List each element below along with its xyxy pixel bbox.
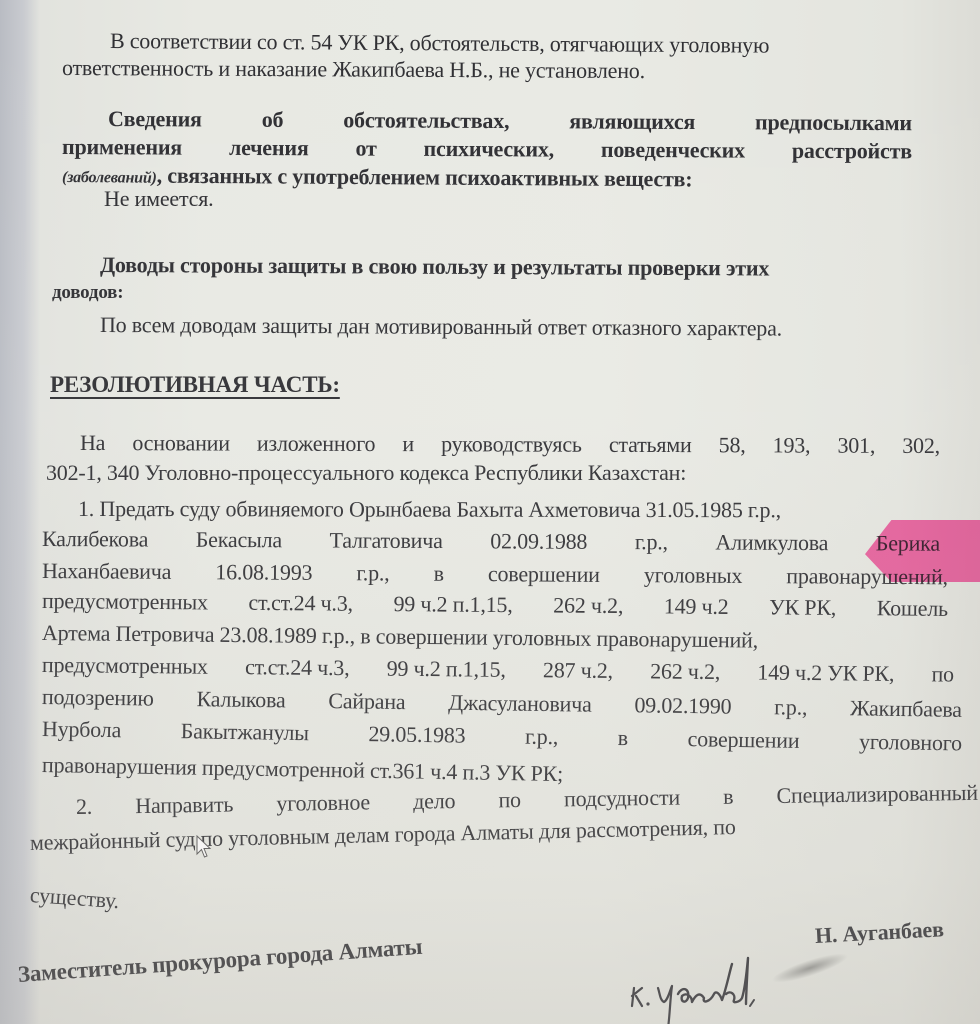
resolution-item-1-word: правонарушения предусмотренной ст.361 ч.…: [42, 752, 563, 786]
resolution-item-1-line-2: КалибековаБекасылаТалгатовича02.09.1988г…: [42, 526, 940, 557]
treatment-heading-word: поведенческих: [601, 137, 745, 164]
resolution-item-1-word: 149 ч.2: [664, 593, 729, 620]
resolution-item-1-word: Алимкулова: [715, 530, 828, 557]
resolution-item-1-word: в: [618, 725, 629, 751]
resolution-item-1-word: уголовного: [859, 729, 962, 757]
resolution-item-2-word: по: [498, 787, 521, 813]
treatment-heading-line-2: применениялеченияотпсихических,поведенче…: [62, 134, 912, 164]
handwritten-signature-icon: [630, 950, 810, 1024]
resolution-item-1-line-8: НурболаБакытжанулы29.05.1983г.р.,всоверш…: [42, 716, 962, 756]
resolution-item-1-word: уголовных: [644, 562, 742, 589]
treatment-heading-word: предпосылками: [755, 109, 912, 136]
resolution-item-2-word: Специализированный: [776, 780, 978, 809]
resolution-item-1-line-3: Наханбаевича16.08.1993г.р.,всовершенииуг…: [42, 558, 948, 590]
resolution-item-1-word: 262 ч.2,: [650, 658, 720, 685]
treatment-heading-word: об: [262, 107, 284, 133]
document-page: В соответствии со ст. 54 УК РК, обстояте…: [0, 0, 980, 1024]
treatment-heading-word: обстоятельствах,: [343, 107, 509, 134]
resolution-heading: РЕЗОЛЮТИВНАЯ ЧАСТЬ:: [50, 372, 340, 398]
treatment-heading-word: расстройств: [792, 138, 912, 165]
signer-position-title: Заместитель прокурора города Алматы: [17, 934, 423, 988]
resolution-item-1-word: Бекасыла: [196, 527, 282, 553]
resolution-item-1-word: 262 ч.2,: [553, 592, 623, 619]
treatment-heading-rest: , связанных с употреблением психоактивны…: [157, 163, 693, 192]
resolution-intro-word: 301,: [837, 433, 875, 459]
resolution-intro-word: На: [80, 430, 105, 456]
treatment-value: Не имеется.: [104, 186, 213, 212]
resolution-item-1-word: Джасулановича: [448, 690, 592, 718]
resolution-intro-line-2: 302-1, 340 Уголовно-процессуального коде…: [46, 460, 686, 486]
resolution-item-1-word: г.р.,: [774, 694, 807, 720]
resolution-item-1-word: Талгатовича: [329, 528, 442, 555]
resolution-item-2-word: в: [723, 784, 734, 810]
resolution-item-1-word: УК РК,: [769, 594, 836, 621]
paragraph-aggravating-line-2: ответственность и наказание Жакипбаева Н…: [62, 55, 645, 84]
resolution-item-1-word: г.р.,: [356, 560, 389, 586]
resolution-intro-word: основании: [132, 430, 230, 456]
mouse-cursor-icon: [196, 835, 212, 859]
treatment-heading-word: Сведения: [108, 106, 202, 132]
resolution-item-1-word: совершении: [687, 726, 799, 754]
resolution-item-1-word: 99 ч.2 п.1,15,: [393, 591, 512, 618]
resolution-item-1-line-1: 1. Предать суду обвиняемого Орынбаева Ба…: [78, 496, 781, 523]
resolution-item-1-word: Кошель: [877, 595, 948, 622]
resolution-item-1-line-4: предусмотренныхст.ст.24 ч.3,99 ч.2 п.1,1…: [42, 588, 948, 622]
resolution-item-1-word: г.р.,: [635, 529, 668, 555]
resolution-item-1-line-5: Артема Петровича 23.08.1989 г.р., в сове…: [42, 620, 758, 653]
treatment-heading-word: от: [355, 136, 376, 162]
resolution-item-1-word: 1. Предать суду обвиняемого Орынбаева Ба…: [78, 496, 781, 522]
resolution-item-1-word: Калибекова: [42, 526, 148, 553]
resolution-item-1-word: Сайрана: [328, 688, 405, 715]
resolution-item-1-word: совершении: [488, 561, 600, 588]
resolution-item-1-word: ст.ст.24 ч.3,: [245, 654, 350, 681]
resolution-intro-word: руководствуясь: [441, 431, 582, 457]
resolution-item-1-word: Нурбола: [42, 716, 122, 743]
resolution-item-1-word: г.р.,: [525, 724, 558, 751]
resolution-item-2-line-2: межрайонный суд по уголовным делам город…: [30, 814, 736, 856]
resolution-item-1-word: Артема Петровича 23.08.1989 г.р., в сове…: [42, 620, 758, 652]
resolution-item-1-word: ст.ст.24 ч.3,: [248, 590, 353, 617]
resolution-item-2-word: Направить: [135, 792, 233, 820]
paragraph-aggravating-line-1: В соответствии со ст. 54 УК РК, обстояте…: [110, 28, 769, 59]
resolution-item-1-word: по: [931, 661, 954, 687]
resolution-intro-word: 302,: [902, 433, 940, 459]
resolution-item-1-word: подозрению: [42, 684, 154, 712]
resolution-item-1-word: в: [434, 561, 444, 587]
signer-name: Н. Ауганбаев: [814, 916, 944, 949]
defense-value: По всем доводам защиты дан мотивированны…: [100, 312, 782, 342]
resolution-item-1-word: Бакытжанулы: [181, 718, 309, 746]
treatment-heading-word: лечения: [229, 135, 309, 161]
treatment-heading-line-1: Сведенияобобстоятельствах,являющихсяпред…: [108, 106, 912, 136]
treatment-heading-word: являющихся: [569, 108, 695, 135]
resolution-item-2-line-3: существу.: [29, 882, 120, 914]
resolution-item-1-line-6: предусмотренныхст.ст.24 ч.3,99 ч.2 п.1,1…: [42, 652, 954, 688]
resolution-item-1-word: 16.08.1993: [215, 559, 312, 586]
resolution-item-1-word: 09.02.1990: [634, 692, 731, 719]
resolution-item-2-word: межрайонный суд по уголовным делам город…: [30, 814, 736, 855]
resolution-item-1-line-7: подозрениюКалыковаСайранаДжасулановича09…: [42, 684, 962, 723]
resolution-intro-word: 58,: [719, 432, 746, 458]
resolution-item-1-word: 149 ч.2 УК РК,: [757, 659, 894, 686]
resolution-item-2-word: уголовное: [276, 789, 370, 816]
resolution-intro-word: и: [402, 431, 414, 457]
resolution-item-1-word: Калыкова: [196, 686, 285, 713]
resolution-item-1-word: 02.09.1988: [490, 528, 587, 555]
defense-heading-line-2: доводов:: [52, 282, 123, 304]
resolution-intro-word: статьями: [609, 432, 692, 458]
resolution-item-2-word: существу.: [29, 882, 120, 913]
resolution-intro-word: 193,: [773, 432, 811, 458]
resolution-intro-word: изложенного: [257, 431, 375, 457]
resolution-item-1-word: 99 ч.2 п.1,15,: [387, 656, 506, 683]
resolution-item-1-word: предусмотренных: [42, 588, 208, 615]
resolution-item-2-word: 2.: [76, 794, 93, 820]
treatment-heading-word: применения: [62, 134, 182, 161]
resolution-item-1-line-9: правонарушения предусмотренной ст.361 ч.…: [42, 752, 564, 787]
resolution-intro-line-1: Наоснованииизложенногоируководствуясьста…: [80, 430, 940, 459]
resolution-item-1-word: Наханбаевича: [42, 558, 171, 585]
defense-heading-line-1: Доводы стороны защиты в свою пользу и ре…: [100, 252, 769, 282]
resolution-item-2-word: дело: [413, 788, 456, 815]
resolution-item-1-word: Жакипбаева: [850, 695, 962, 723]
resolution-item-1-word: 287 ч.2,: [543, 657, 613, 684]
treatment-heading-word: психических,: [424, 136, 555, 163]
treatment-heading-italic: (заболеваний): [62, 169, 157, 187]
resolution-item-2-word: подсудности: [564, 785, 680, 813]
resolution-item-1-word: предусмотренных: [42, 652, 208, 680]
resolution-item-1-word: 29.05.1983: [368, 721, 465, 749]
